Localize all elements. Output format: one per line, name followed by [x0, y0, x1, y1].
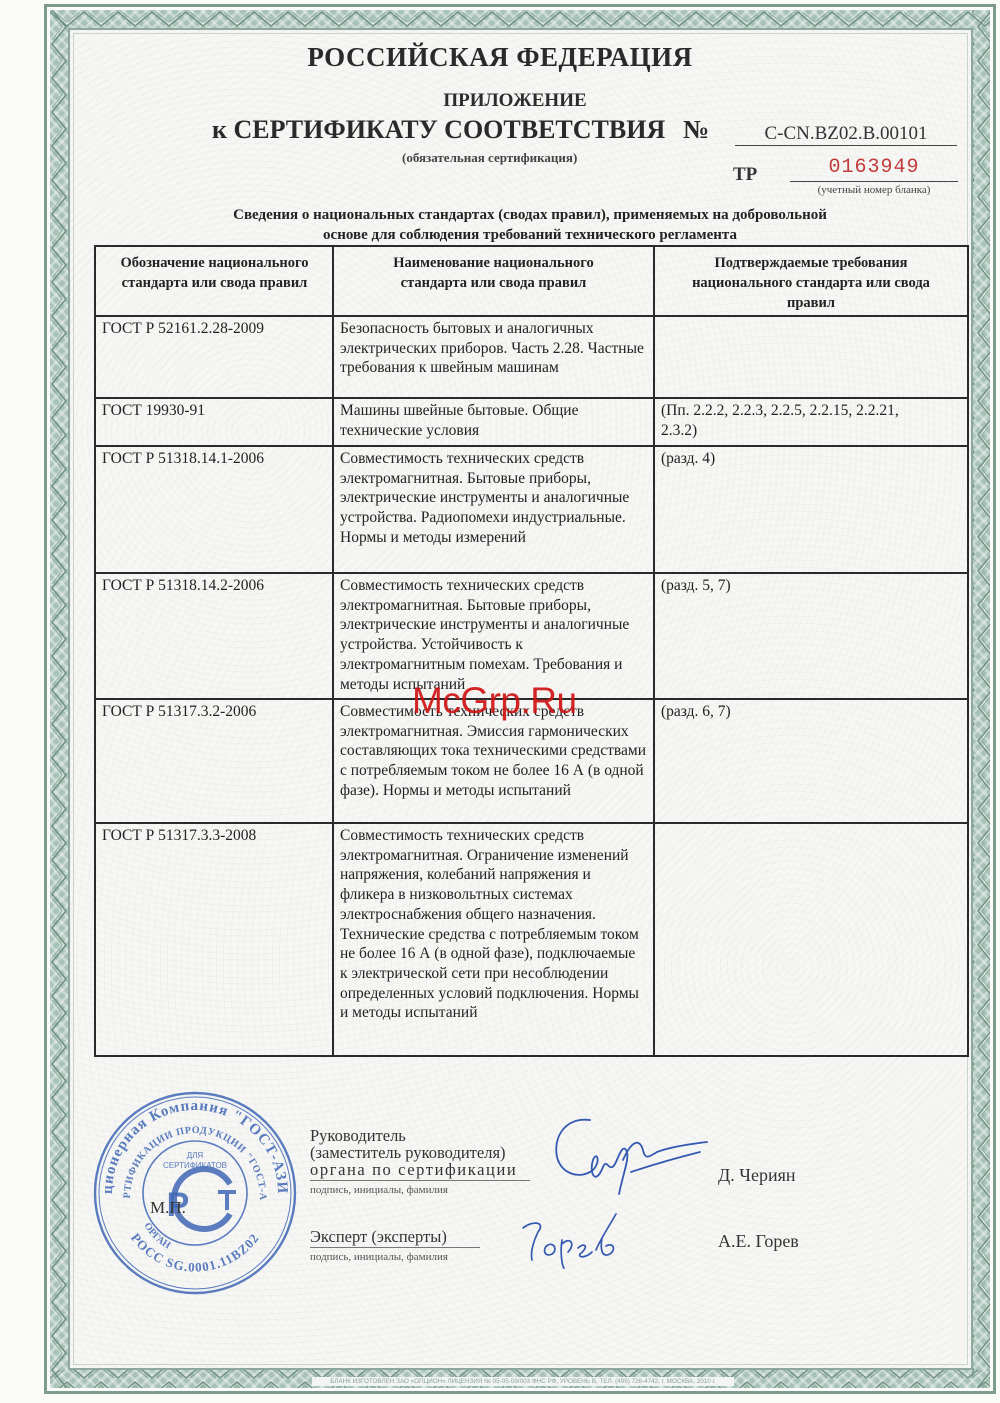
head-label-line3: органа по сертификации	[310, 1161, 517, 1178]
form-number-caption: (учетный номер бланка)	[790, 184, 958, 196]
svg-text:ДЛЯ: ДЛЯ	[187, 1151, 204, 1160]
standard-name: Совместимость технических средств электр…	[333, 446, 654, 573]
column-header-requirements: Подтверждаемые требования национального …	[654, 246, 968, 316]
certificate-label: к СЕРТИФИКАТУ СООТВЕТСТВИЯ	[212, 115, 665, 145]
expert-signature-icon	[518, 1210, 628, 1270]
section-title-line1: Сведения о национальных стандартах (свод…	[150, 205, 910, 225]
standard-name: Безопасность бытовых и аналогичных элект…	[333, 316, 654, 398]
table-row: ГОСТ Р 51317.3.3-2008 Совместимость техн…	[95, 823, 968, 1056]
standard-code: ГОСТ Р 51318.14.1-2006	[95, 446, 333, 573]
svg-text:РОСС SG.0001.11BZ02: РОСС SG.0001.11BZ02	[128, 1230, 262, 1274]
form-number: 0163949	[790, 155, 958, 182]
seal-mark: М.П.	[150, 1198, 186, 1218]
head-caption: подпись, инициалы, фамилия	[310, 1184, 448, 1196]
standard-code: ГОСТ Р 51318.14.2-2006	[95, 573, 333, 699]
certification-type: (обязательная сертификация)	[402, 150, 577, 166]
section-title-line2: основе для соблюдения требований техниче…	[150, 225, 910, 245]
standard-requirements: (разд. 4)	[654, 446, 968, 573]
certificate-number: C-CN.BZ02.B.00101	[735, 123, 957, 146]
standard-requirements	[654, 823, 968, 1056]
standard-code: ГОСТ Р 51317.3.2-2006	[95, 699, 333, 823]
head-name: Д. Чериян	[718, 1165, 796, 1186]
watermark: McGrp.Ru	[412, 680, 577, 722]
form-prefix: ТР	[733, 164, 757, 186]
section-title: Сведения о национальных стандартах (свод…	[150, 205, 910, 245]
head-label-line2: (заместитель руководителя)	[310, 1144, 506, 1161]
printer-note: БЛАНК ИЗГОТОВЛЕН ЗАО «ОПЦИОН» ЛИЦЕНЗИЯ №…	[312, 1377, 734, 1386]
head-signature-line	[310, 1180, 530, 1181]
standard-name: Машины швейные бытовые. Общие технически…	[333, 398, 654, 446]
country-title: РОССИЙСКАЯ ФЕДЕРАЦИЯ	[0, 42, 1000, 73]
expert-caption: подпись, инициалы, фамилия	[310, 1251, 448, 1263]
standard-code: ГОСТ Р 51317.3.3-2008	[95, 823, 333, 1056]
table-header-row: Обозначение национального стандарта или …	[95, 246, 968, 316]
standard-requirements: (разд. 5, 7)	[654, 573, 968, 699]
column-header-name: Наименование национального стандарта или…	[333, 246, 654, 316]
head-label-line1: Руководитель	[310, 1127, 406, 1144]
table-row: ГОСТ Р 52161.2.28-2009 Безопасность быто…	[95, 316, 968, 398]
table-row: ГОСТ 19930-91 Машины швейные бытовые. Об…	[95, 398, 968, 446]
certification-stamp-icon: Акционерная Компания "ГОСТ-АЗИЯ" по СЕРТ…	[90, 1088, 300, 1298]
table-row: ГОСТ Р 51318.14.1-2006 Совместимость тех…	[95, 446, 968, 573]
head-signature-icon	[535, 1112, 715, 1207]
expert-signature-line	[310, 1247, 480, 1248]
standard-name: Совместимость технических средств электр…	[333, 823, 654, 1056]
standard-requirements	[654, 316, 968, 398]
standard-requirements: (разд. 6, 7)	[654, 699, 968, 823]
expert-name: А.Е. Горев	[718, 1231, 799, 1252]
column-header-code: Обозначение национального стандарта или …	[95, 246, 333, 316]
number-sign: №	[683, 115, 709, 145]
standard-requirements: (Пп. 2.2.2, 2.2.3, 2.2.5, 2.2.15, 2.2.21…	[654, 398, 968, 446]
expert-label: Эксперт (эксперты)	[310, 1228, 447, 1245]
appendix-title: ПРИЛОЖЕНИЕ	[0, 90, 1000, 112]
standard-code: ГОСТ 19930-91	[95, 398, 333, 446]
standards-table: Обозначение национального стандарта или …	[94, 245, 969, 1057]
standard-code: ГОСТ Р 52161.2.28-2009	[95, 316, 333, 398]
